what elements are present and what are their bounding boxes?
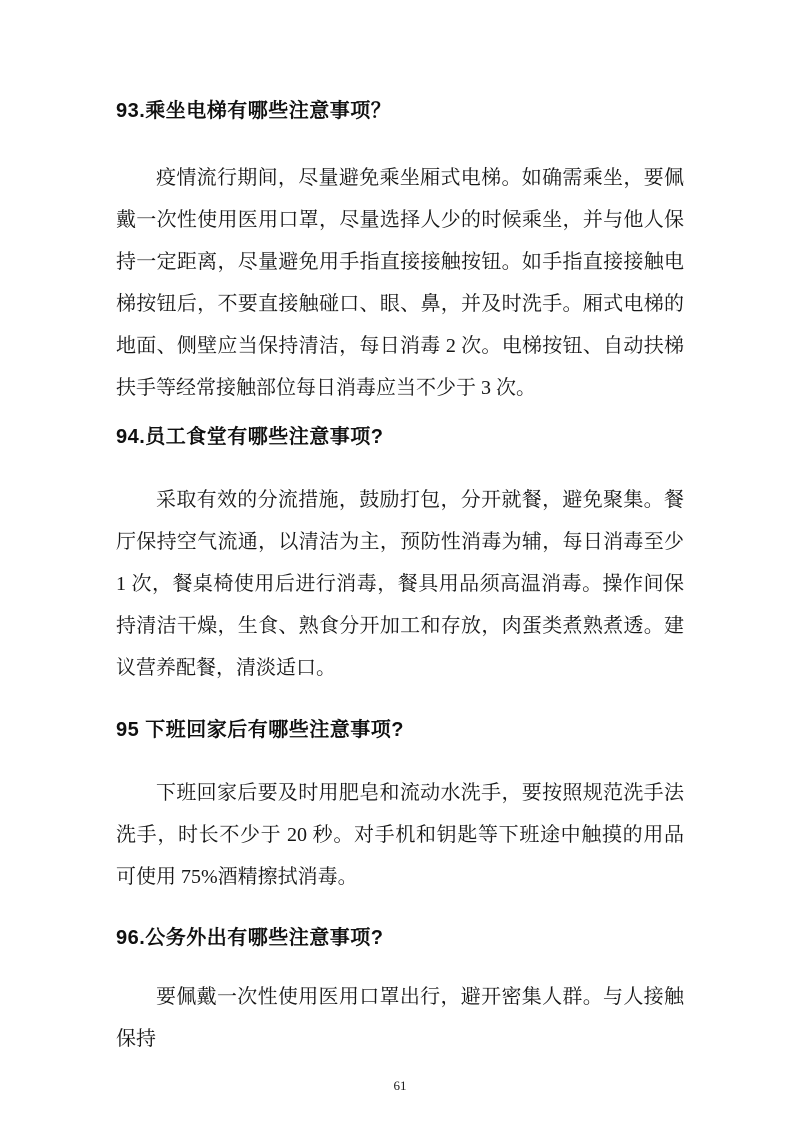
page-number: 61 [116, 1078, 684, 1094]
document-page: 93.乘坐电梯有哪些注意事项？ 疫情流行期间，尽量避免乘坐厢式电梯。如确需乘坐，… [0, 0, 800, 1131]
question-heading-96: 96.公务外出有哪些注意事项? [116, 924, 684, 952]
question-heading-93: 93.乘坐电梯有哪些注意事项？ [116, 97, 684, 125]
answer-paragraph-95: 下班回家后要及时用肥皂和流动水洗手，要按照规范洗手法洗手，时长不少于 20 秒。… [116, 772, 684, 898]
question-heading-94: 94.员工食堂有哪些注意事项? [116, 423, 684, 451]
qa-section-96: 96.公务外出有哪些注意事项? 要佩戴一次性使用医用口罩出行，避开密集人群。与人… [116, 924, 684, 1060]
question-heading-95: 95 下班回家后有哪些注意事项? [116, 716, 684, 744]
answer-paragraph-96: 要佩戴一次性使用医用口罩出行，避开密集人群。与人接触保持 [116, 976, 684, 1060]
qa-section-95: 95 下班回家后有哪些注意事项? 下班回家后要及时用肥皂和流动水洗手，要按照规范… [116, 716, 684, 898]
qa-section-94: 94.员工食堂有哪些注意事项? 采取有效的分流措施，鼓励打包，分开就餐，避免聚集… [116, 423, 684, 689]
answer-paragraph-94: 采取有效的分流措施，鼓励打包，分开就餐，避免聚集。餐厅保持空气流通，以清洁为主，… [116, 479, 684, 689]
answer-paragraph-93: 疫情流行期间，尽量避免乘坐厢式电梯。如确需乘坐，要佩戴一次性使用医用口罩，尽量选… [116, 157, 684, 409]
qa-section-93: 93.乘坐电梯有哪些注意事项？ 疫情流行期间，尽量避免乘坐厢式电梯。如确需乘坐，… [116, 97, 684, 409]
